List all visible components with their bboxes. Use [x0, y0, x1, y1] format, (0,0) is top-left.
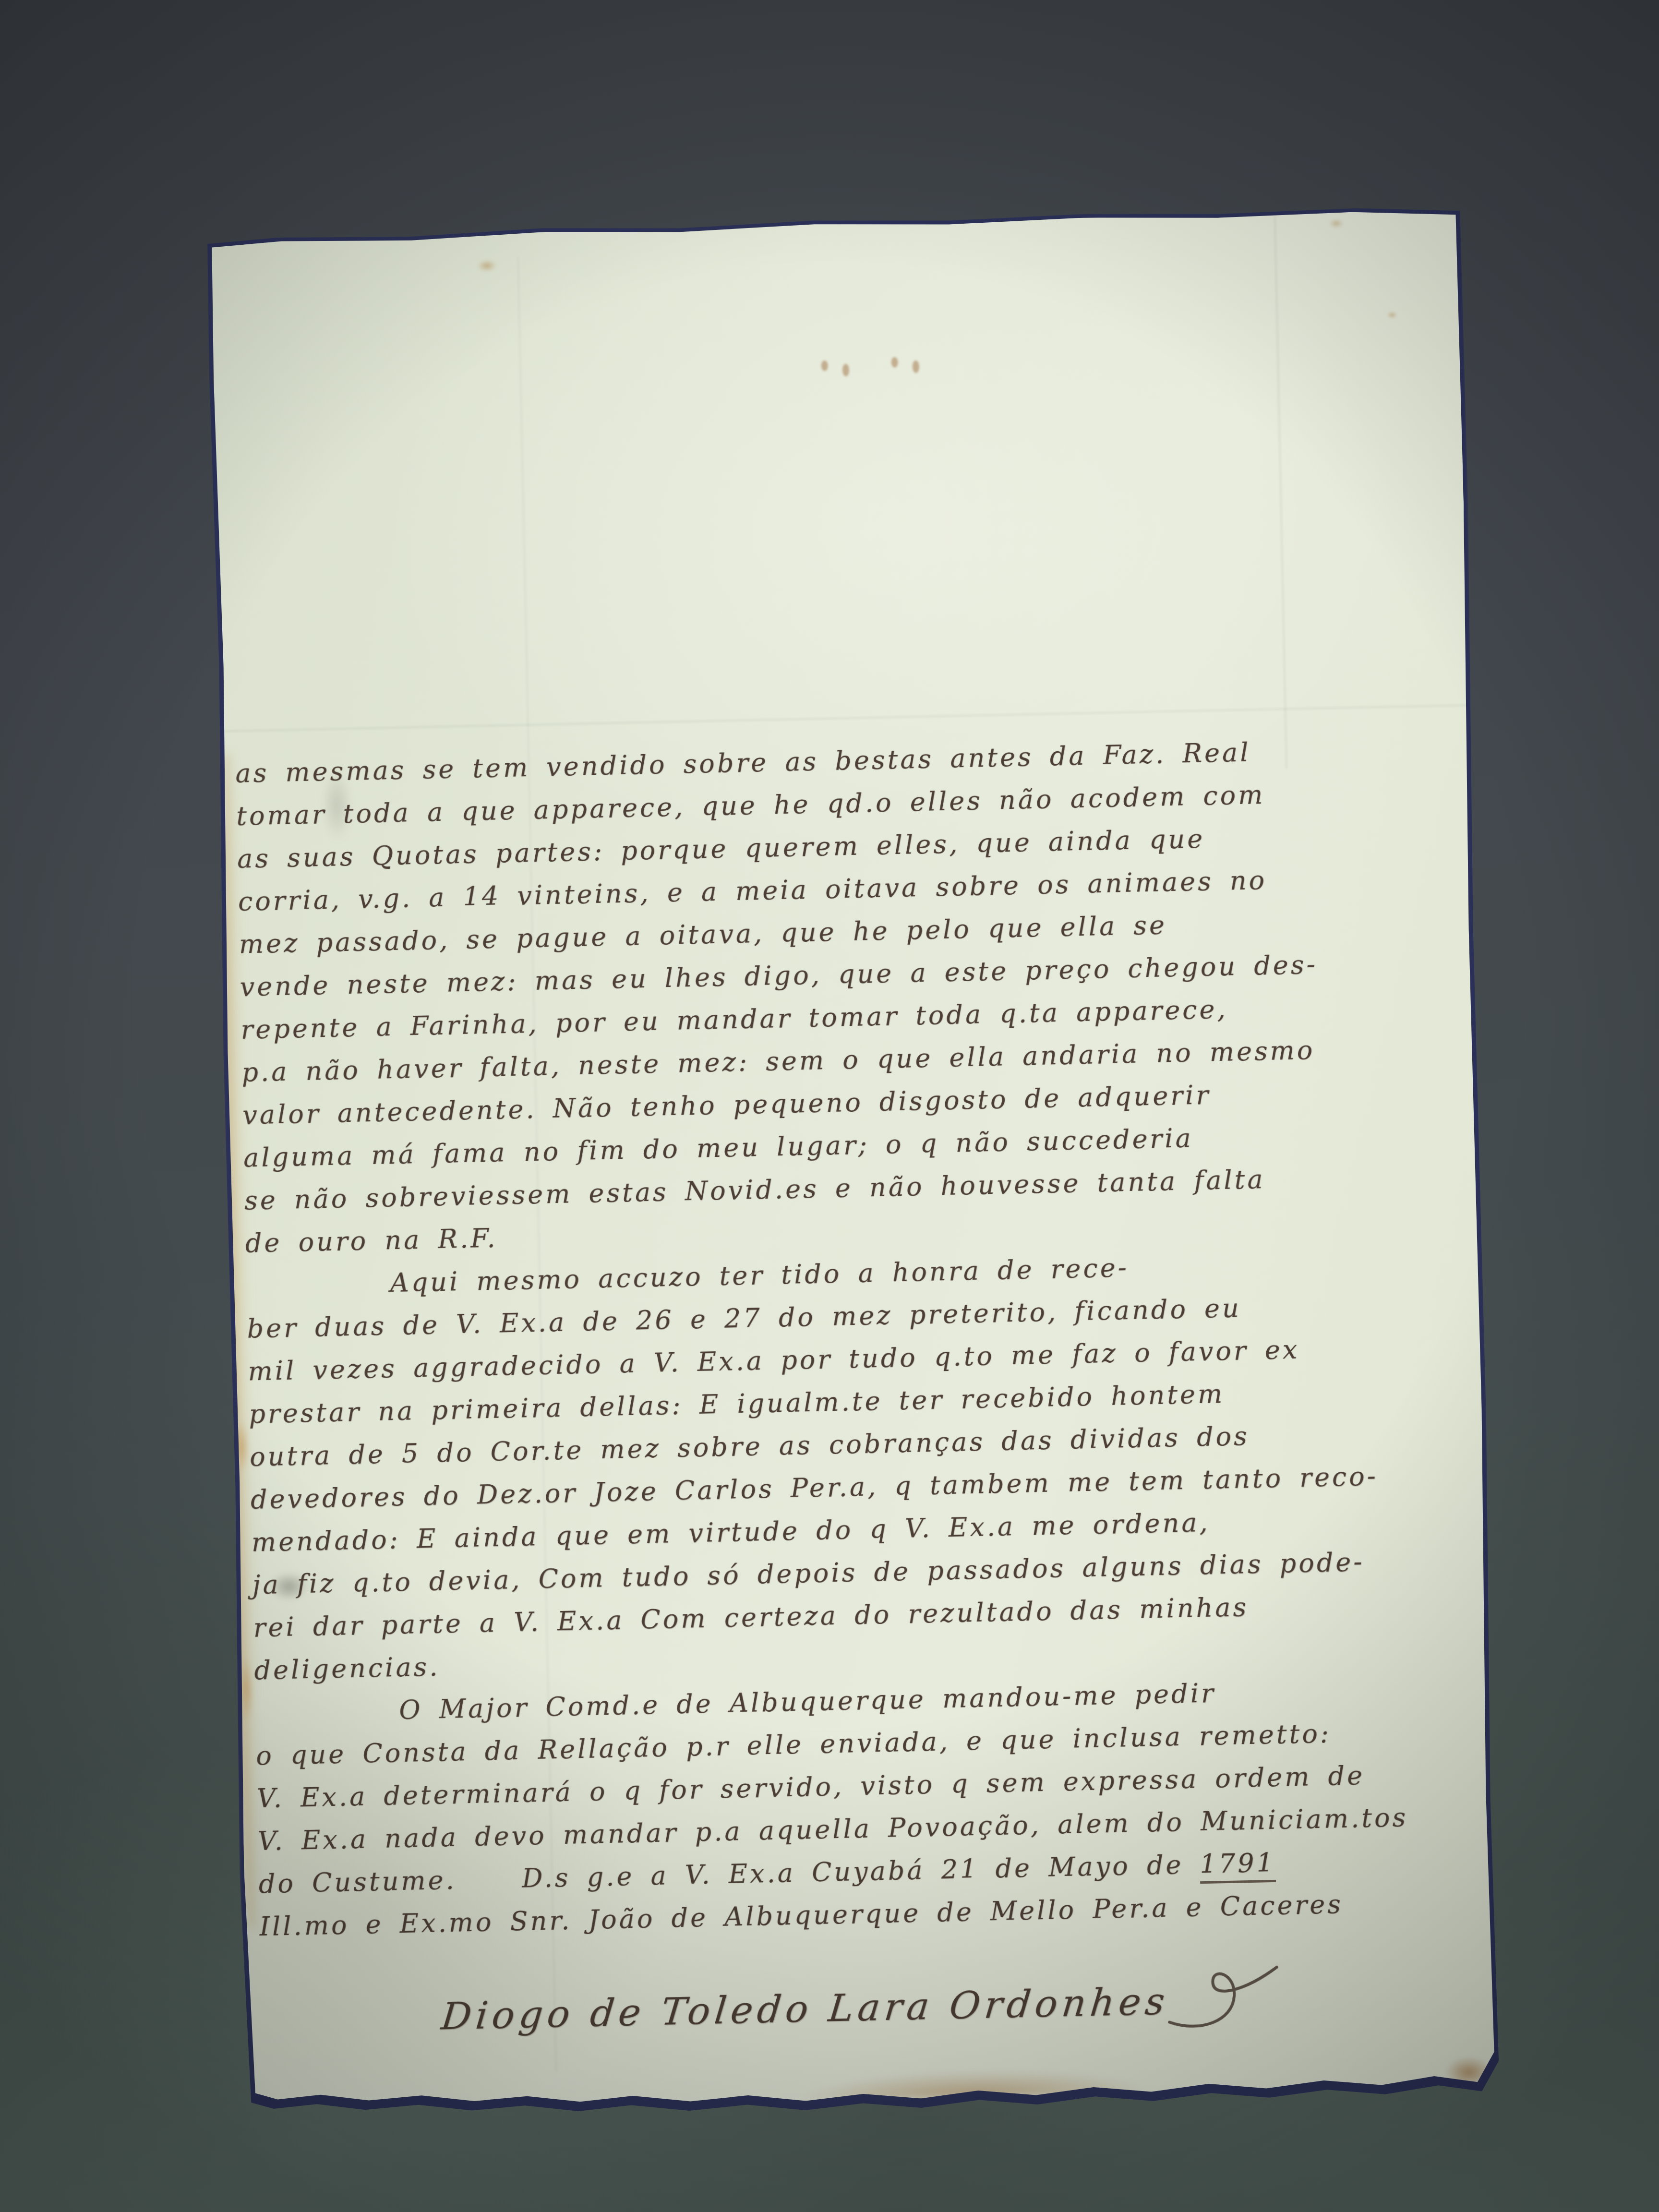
signature-flourish — [1165, 1959, 1282, 2043]
underlined-year: 1791 — [1200, 1848, 1276, 1884]
foxing-stain — [477, 260, 496, 272]
signature-block: Diogo de Toledo Lara Ordonhes — [419, 1958, 1304, 2058]
ink-fleck — [891, 357, 898, 368]
foxing-stain — [1329, 219, 1344, 228]
ink-fleck — [821, 361, 828, 371]
foxing-stain — [1387, 311, 1397, 319]
ink-fleck — [842, 364, 850, 376]
manuscript-paper: as mesmas se tem vendido sobre as bestas… — [210, 209, 1497, 2137]
paper-crease — [220, 704, 1468, 732]
signature: Diogo de Toledo Lara Ordonhes — [439, 1980, 1171, 2039]
paper-crease — [1274, 216, 1287, 769]
photo-background: as mesmas se tem vendido sobre as bestas… — [0, 0, 1659, 2212]
letter-body: as mesmas se tem vendido sobre as bestas… — [235, 726, 1481, 1948]
ink-fleck — [913, 361, 920, 373]
